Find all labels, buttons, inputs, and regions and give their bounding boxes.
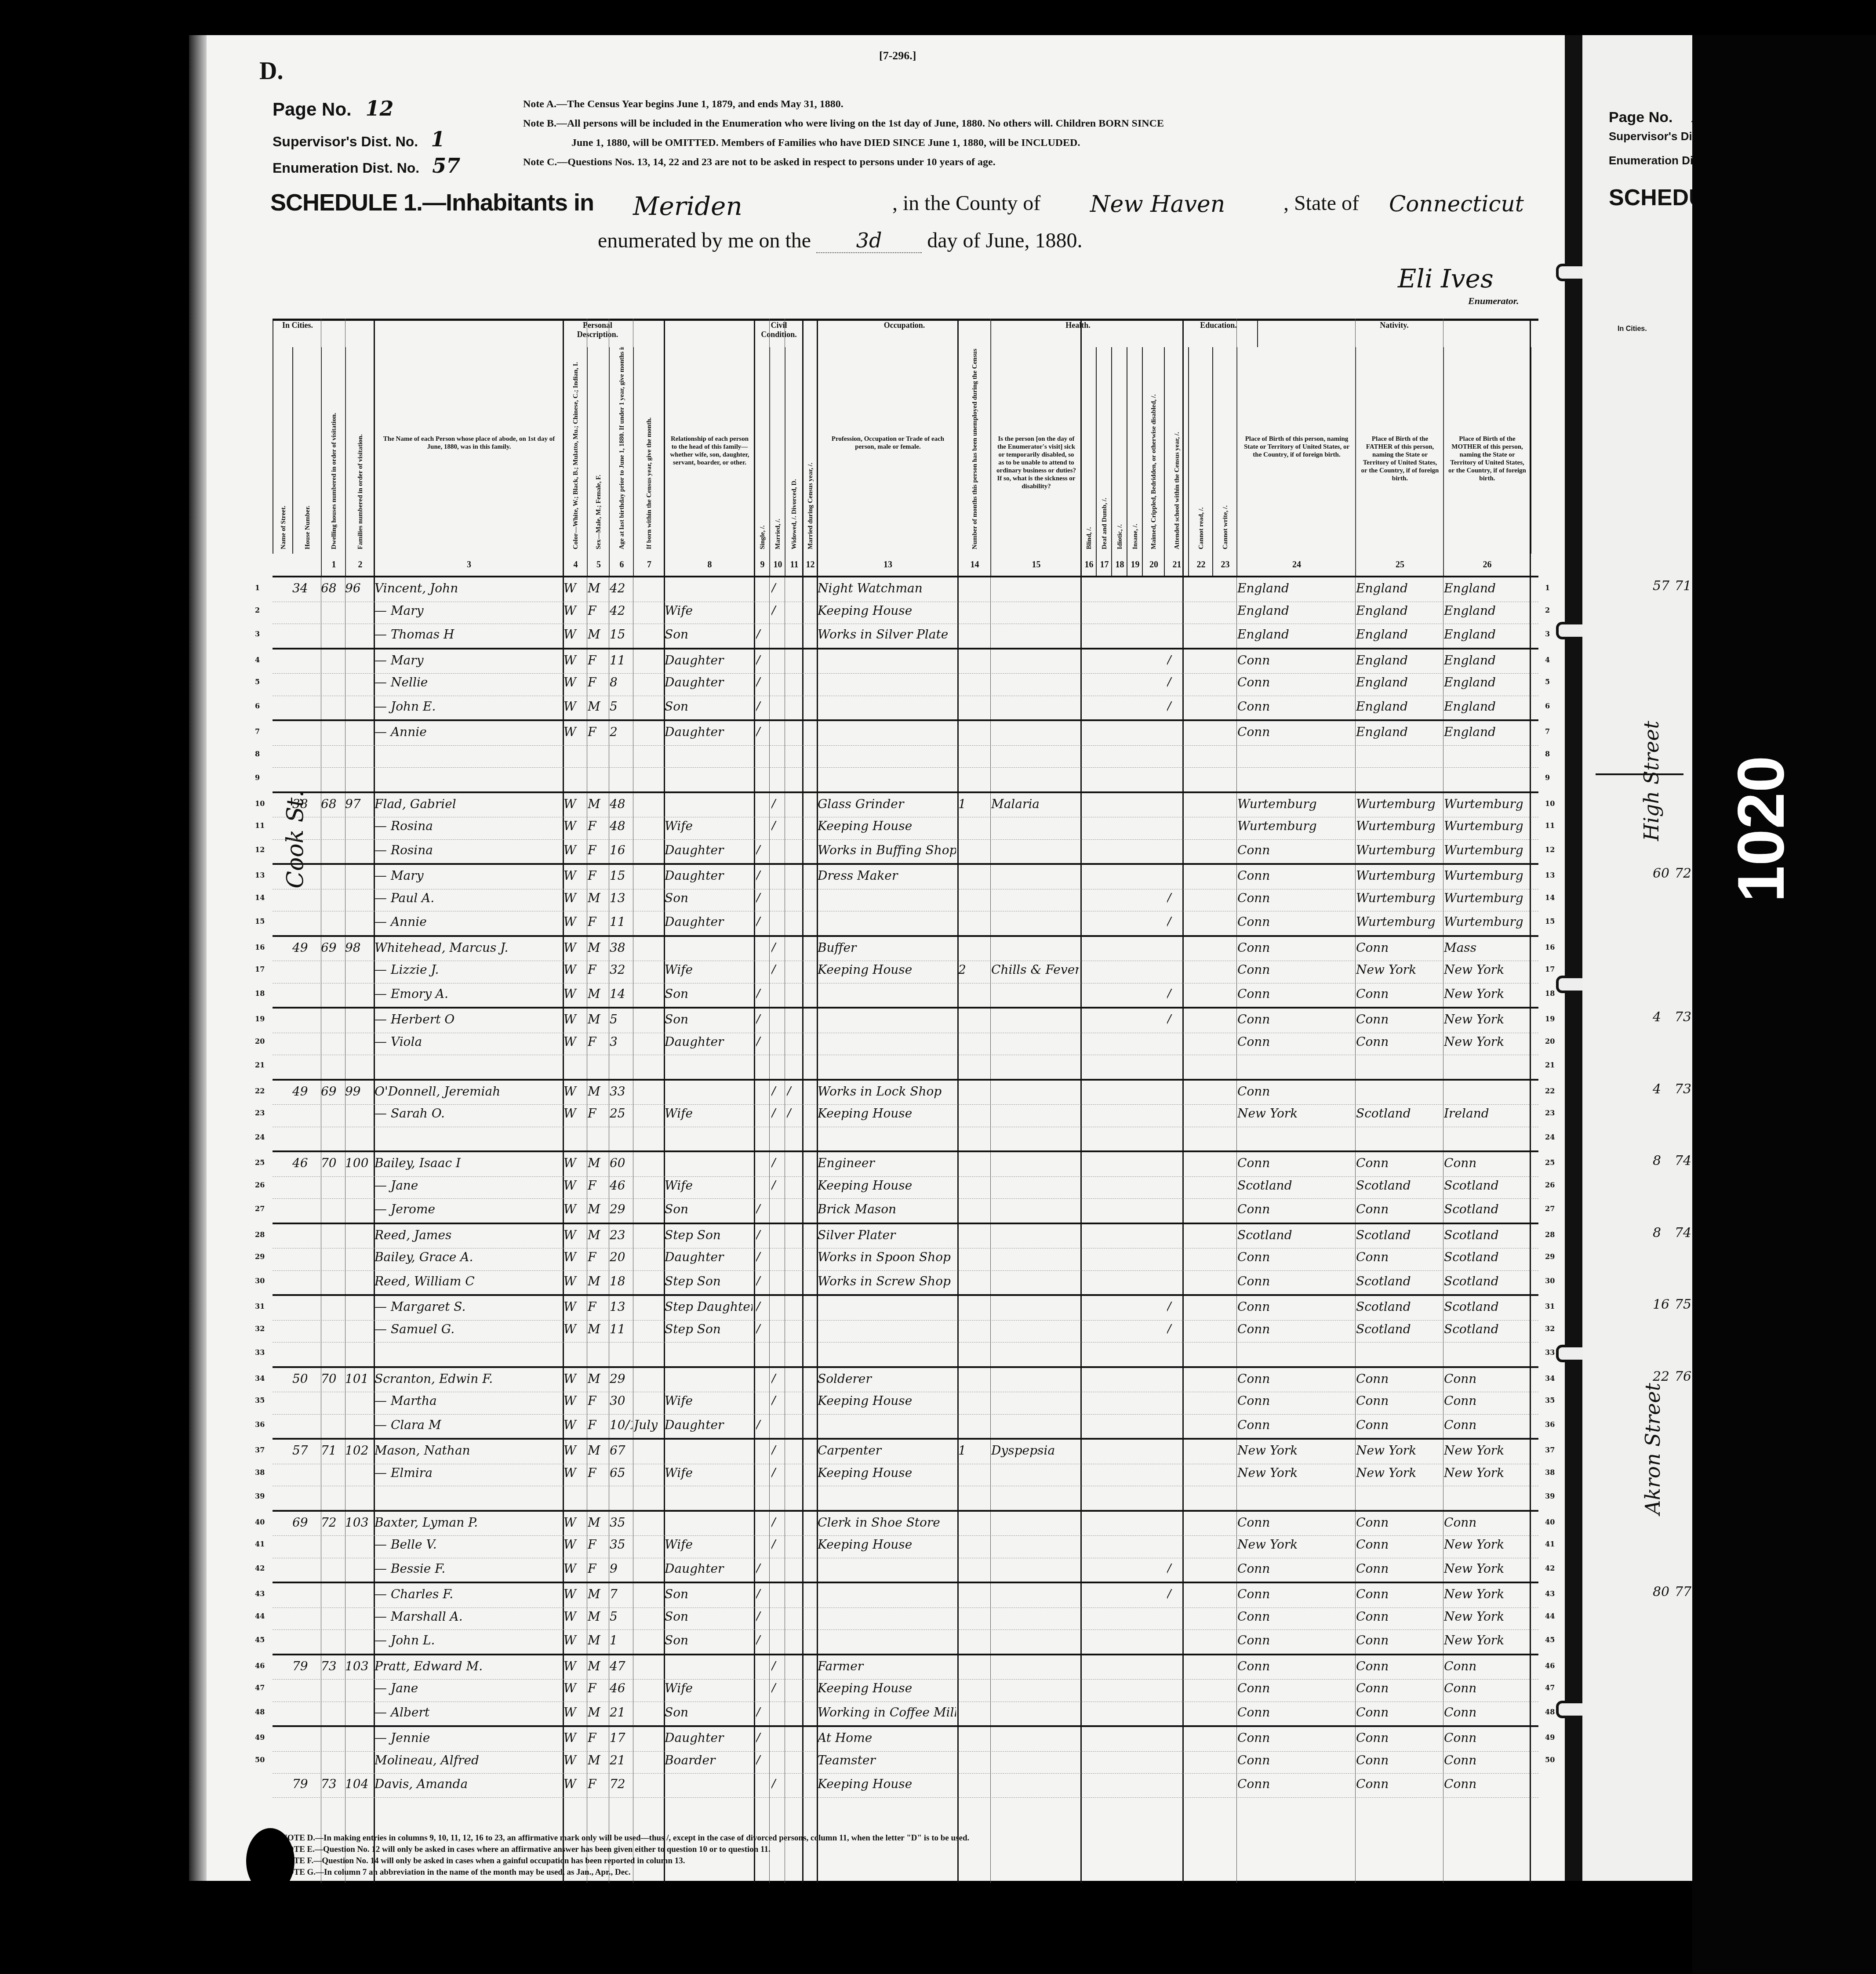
cell-name: — Sarah O. (374, 1106, 561, 1121)
line-number-right: 3 (1545, 630, 1550, 638)
line-number-right: 30 (1545, 1277, 1555, 1285)
cell-occupation: Farmer (818, 1659, 956, 1673)
cell-single: / (756, 1228, 769, 1242)
line-number-right: 25 (1545, 1158, 1555, 1167)
cell-father-birth: Scotland (1356, 1106, 1442, 1121)
cell-birth: Conn (1237, 1561, 1354, 1576)
line-number: 4 (255, 656, 260, 664)
cell-age: 10/12 (610, 1418, 633, 1432)
cell-color: W (564, 1372, 585, 1386)
cell-mother-birth: Wurtemburg (1444, 914, 1530, 929)
line-number-right: 50 (1545, 1756, 1555, 1764)
cell-mother-birth: Conn (1444, 1418, 1530, 1432)
col-num: 22 (1188, 554, 1213, 576)
cell-house: 69 (292, 1515, 319, 1530)
table-row: 1515— AnnieWF11Daughter//ConnWurtemburgW… (273, 911, 1538, 936)
cell-relation: Step Son (665, 1228, 753, 1242)
cell-color: W (564, 1156, 585, 1170)
cell-color: W (564, 1659, 585, 1673)
cell-occupation: Keeping House (818, 1393, 956, 1408)
cell-single: / (756, 1633, 769, 1647)
cell-sex: F (588, 1561, 607, 1576)
line-number-right: 22 (1545, 1087, 1555, 1095)
cell-name: Mason, Nathan (374, 1443, 561, 1458)
cell-family: 102 (345, 1443, 374, 1458)
line-number: 9 (255, 773, 260, 782)
cell-occupation: Dress Maker (818, 868, 956, 883)
cell-mother-birth: England (1444, 627, 1530, 642)
cell-color: W (564, 1537, 585, 1552)
cell-birth: Conn (1237, 1393, 1354, 1408)
right-cell-dwelling: 76 (1675, 1369, 1691, 1384)
table-row: 3131— Margaret S.WF13Step Daughter//Conn… (273, 1294, 1538, 1321)
col-married-census-header: Married during Census year, /. (802, 347, 818, 554)
cell-age: 3 (610, 1034, 633, 1049)
cell-mother-birth: Conn (1444, 1659, 1530, 1673)
line-number-right: 29 (1545, 1252, 1555, 1261)
cell-married: / (771, 1178, 785, 1193)
cell-sex: F (588, 1681, 607, 1695)
right-cell-house: 16 (1653, 1297, 1669, 1312)
cell-age: 46 (610, 1178, 633, 1193)
cell-birth: Conn (1237, 1587, 1354, 1601)
cell-father-birth: Wurtemburg (1356, 868, 1442, 883)
cell-sex: M (588, 1084, 607, 1099)
cell-single: / (756, 1034, 769, 1049)
table-row: 3535— MarthaWF30Wife/Keeping HouseConnCo… (273, 1390, 1538, 1415)
cell-color: W (564, 675, 585, 689)
cell-single: / (756, 1731, 769, 1745)
right-cell-dwelling: 71 (1675, 578, 1691, 594)
cell-father-birth: Conn (1356, 1609, 1442, 1624)
table-row: 2424 (273, 1127, 1538, 1151)
cell-birth: New York (1237, 1537, 1354, 1552)
cell-color: W (564, 1012, 585, 1027)
cell-birth: Scotland (1237, 1228, 1354, 1242)
cell-single: / (756, 1609, 769, 1624)
cell-sex: F (588, 653, 607, 668)
line-number: 47 (255, 1684, 265, 1692)
line-number: 7 (255, 727, 260, 736)
cell-father-birth: Conn (1356, 1393, 1442, 1408)
state-label: , State of (1283, 191, 1359, 215)
col-num: 11 (785, 554, 803, 576)
cell-relation: Son (665, 1012, 753, 1027)
cell-age: 42 (610, 603, 633, 618)
table-row: 11346896Vincent, JohnWM42/Night Watchman… (273, 576, 1538, 602)
cell-family: 103 (345, 1659, 374, 1673)
cell-relation: Wife (665, 962, 753, 977)
cell-color: W (564, 627, 585, 642)
cell-color: W (564, 891, 585, 905)
cell-age: 65 (610, 1466, 633, 1480)
cell-occupation: Night Watchman (818, 581, 956, 595)
table-row: 2929Bailey, Grace A.WF20Daughter/Works i… (273, 1246, 1538, 1271)
table-row: 5050Molineau, AlfredWM21Boarder/Teamster… (273, 1749, 1538, 1774)
col-house-header: House Number. (292, 347, 322, 554)
cell-father-birth: Conn (1356, 1705, 1442, 1720)
cell-single: / (756, 1561, 769, 1576)
cell-age: 72 (610, 1777, 633, 1791)
col-num: 8 (664, 554, 755, 576)
cell-name: — Belle V. (374, 1537, 561, 1552)
table-row: 1616496998Whitehead, Marcus J.WM38/Buffe… (273, 935, 1538, 962)
line-number-right: 36 (1545, 1420, 1555, 1429)
cell-birth: Conn (1237, 868, 1354, 883)
col-cannot-read-header: Cannot read, /. (1188, 347, 1213, 554)
line-number: 25 (255, 1158, 265, 1167)
cell-name: — Mary (374, 868, 561, 883)
cell-name: — Bessie F. (374, 1561, 561, 1576)
line-number: 11 (255, 821, 265, 830)
cell-father-birth: England (1356, 653, 1442, 668)
county-value: New Haven (1090, 191, 1225, 218)
cell-sex: M (588, 1753, 607, 1767)
cell-attended: / (1167, 914, 1187, 929)
line-number: 10 (255, 799, 265, 808)
cell-sex: M (588, 940, 607, 955)
cell-age: 9 (610, 1561, 633, 1576)
cell-occupation: Engineer (818, 1156, 956, 1170)
cell-occupation: Working in Coffee Mill (818, 1705, 956, 1720)
group-in-cities: In Cities. (273, 321, 322, 347)
line-number: 5 (255, 678, 260, 686)
line-number-right: 5 (1545, 678, 1550, 686)
cell-attended: / (1167, 987, 1187, 1001)
cell-age: 11 (610, 914, 633, 929)
table-row: 33— Thomas HWM15Son/Works in Silver Plat… (273, 624, 1538, 648)
cell-birth: Conn (1237, 843, 1354, 857)
cell-mother-birth: Conn (1444, 1731, 1530, 1745)
state-value: Connecticut (1389, 191, 1524, 217)
cell-mother-birth: New York (1444, 1443, 1530, 1458)
cell-month: July (634, 1418, 662, 1432)
col-sickness-header: Is the person [on the day of the Enumera… (990, 347, 1081, 554)
cell-father-birth: Conn (1356, 1250, 1442, 1264)
cell-sex: M (588, 627, 607, 642)
cell-sex: F (588, 1777, 607, 1791)
cell-father-birth: England (1356, 603, 1442, 618)
cell-attended: / (1167, 1322, 1187, 1336)
table-row: 4949— JennieWF17Daughter/At HomeConnConn… (273, 1725, 1538, 1752)
cell-sex: M (588, 699, 607, 714)
cell-single: / (756, 1705, 769, 1720)
table-row: 1414— Paul A.WM13Son//ConnWurtemburgWurt… (273, 887, 1538, 912)
cell-occupation: Keeping House (818, 1777, 956, 1791)
cell-mother-birth: Conn (1444, 1372, 1530, 1386)
right-cell-house: 57 (1653, 578, 1669, 594)
line-number-right: 18 (1545, 989, 1555, 998)
cell-relation: Wife (665, 1106, 753, 1121)
cell-sex: M (588, 1156, 607, 1170)
cell-father-birth: New York (1356, 1466, 1442, 1480)
group-education: Education. (1182, 321, 1254, 347)
cell-sex: M (588, 1443, 607, 1458)
cell-occupation: At Home (818, 1731, 956, 1745)
cell-relation: Step Son (665, 1274, 753, 1288)
cell-occupation: Keeping House (818, 1681, 956, 1695)
cell-color: W (564, 1705, 585, 1720)
cell-mother-birth: New York (1444, 1466, 1530, 1480)
right-cell-dwelling: 72 (1675, 866, 1691, 881)
cell-relation: Son (665, 1587, 753, 1601)
cell-father-birth: Scotland (1356, 1299, 1442, 1314)
cell-mother-birth: New York (1444, 987, 1530, 1001)
schedule-title: SCHEDULE 1.—Inhabitants in (270, 189, 594, 216)
cell-mother-birth: New York (1444, 1587, 1530, 1601)
cell-age: 48 (610, 797, 633, 811)
line-number-right: 15 (1545, 917, 1555, 925)
cell-single: / (756, 1322, 769, 1336)
cell-birth: Conn (1237, 1274, 1354, 1288)
cell-house: 79 (292, 1659, 319, 1673)
cell-color: W (564, 1274, 585, 1288)
cell-father-birth: England (1356, 725, 1442, 739)
cell-sex: M (588, 1202, 607, 1216)
cell-sex: F (588, 1034, 607, 1049)
cell-relation: Daughter (665, 1418, 753, 1432)
cell-mother-birth: Conn (1444, 1156, 1530, 1170)
cell-sex: M (588, 987, 607, 1001)
line-number-right: 21 (1545, 1061, 1555, 1069)
cell-occupation: Keeping House (818, 1178, 956, 1193)
cell-mother-birth: New York (1444, 962, 1530, 977)
cell-age: 21 (610, 1753, 633, 1767)
cell-occupation: Buffer (818, 940, 956, 955)
line-number: 49 (255, 1733, 265, 1742)
cell-relation: Son (665, 1202, 753, 1216)
cell-father-birth: Conn (1356, 1587, 1442, 1601)
cell-mother-birth: Conn (1444, 1705, 1530, 1720)
cell-occupation: Keeping House (818, 1466, 956, 1480)
cell-age: 11 (610, 1322, 633, 1336)
table-row: 4343— Charles F.WM7Son//ConnConnNew York (273, 1582, 1538, 1608)
cell-color: W (564, 819, 585, 833)
cell-family: 103 (345, 1515, 374, 1530)
col-num: 25 (1355, 554, 1444, 576)
cell-attended: / (1167, 1587, 1187, 1601)
line-number: 2 (255, 606, 260, 614)
table-row: 4444— Marshall A.WM5Son/ConnConnNew York (273, 1606, 1538, 1630)
cell-birth: Conn (1237, 1034, 1354, 1049)
cell-sex: M (588, 1659, 607, 1673)
table-row: 55— NellieWF8Daughter//ConnEnglandEnglan… (273, 671, 1538, 696)
cell-married: / (771, 1515, 785, 1530)
cell-sex: F (588, 1537, 607, 1552)
cell-sex: F (588, 603, 607, 618)
cell-color: W (564, 1633, 585, 1647)
cell-sickness: Dyspepsia (991, 1443, 1079, 1458)
right-cell-dwelling: 77 (1675, 1584, 1691, 1600)
cell-birth: Conn (1237, 1515, 1354, 1530)
cell-married: / (771, 819, 785, 833)
col-month-header: If born within the Census year, give the… (633, 347, 665, 554)
cell-mother-birth: Conn (1444, 1393, 1530, 1408)
right-cell-dwelling: 73 (1675, 1009, 1691, 1025)
cell-occupation: Brick Mason (818, 1202, 956, 1216)
header-notes: Note A.—The Census Year begins June 1, 1… (523, 94, 1164, 172)
cell-family: 97 (345, 797, 374, 811)
table-row: 40406972103Baxter, Lyman P.WM35/Clerk in… (273, 1510, 1538, 1536)
line-number: 41 (255, 1540, 265, 1548)
cell-occupation: Keeping House (818, 819, 956, 833)
cell-age: 20 (610, 1250, 633, 1264)
cell-mother-birth: Mass (1444, 940, 1530, 955)
cell-father-birth: Conn (1356, 1034, 1442, 1049)
cell-sex: F (588, 725, 607, 739)
cell-house: 49 (292, 940, 319, 955)
col-cannot-write-header: Cannot write, /. (1212, 347, 1237, 554)
table-row: 3333 (273, 1342, 1538, 1367)
cell-color: W (564, 581, 585, 595)
line-number: 43 (255, 1589, 265, 1598)
table-row: 2828Reed, JamesWM23Step Son/Silver Plate… (273, 1223, 1538, 1249)
cell-color: W (564, 868, 585, 883)
cell-father-birth: Conn (1356, 1515, 1442, 1530)
line-number: 33 (255, 1348, 265, 1357)
line-number: 24 (255, 1133, 265, 1141)
note-d: NOTE D.—In making entries in columns 9, … (281, 1832, 969, 1844)
page-number-value: 12 (365, 97, 393, 120)
cell-relation: Daughter (665, 868, 753, 883)
cell-name: Reed, James (374, 1228, 561, 1242)
cell-single: / (756, 1202, 769, 1216)
line-number: 6 (255, 702, 260, 710)
cell-father-birth: Conn (1356, 1633, 1442, 1647)
cell-married: / (771, 1443, 785, 1458)
table-row: 2222496999O'Donnell, JeremiahWM33//Works… (273, 1079, 1538, 1105)
col-relationship-header: Relationship of each person to the head … (664, 347, 755, 554)
table-row: 4242— Bessie F.WF9Daughter//ConnConnNew … (273, 1558, 1538, 1582)
table-row: 1313— MaryWF15Daughter/Dress MakerConnWu… (273, 863, 1538, 889)
ink-blot (246, 1828, 294, 1894)
cell-birth: Conn (1237, 1250, 1354, 1264)
right-cell-dwelling: 74 (1675, 1153, 1691, 1168)
col-num: 14 (957, 554, 991, 576)
cell-name: — Herbert O (374, 1012, 561, 1027)
cell-age: 15 (610, 868, 633, 883)
col-num: 15 (990, 554, 1081, 576)
col-mother-birthplace-header: Place of Birth of the MOTHER of this per… (1443, 347, 1531, 554)
cell-birth: Conn (1237, 1202, 1354, 1216)
cell-house: 38 (292, 797, 319, 811)
cell-name: Molineau, Alfred (374, 1753, 561, 1767)
cell-occupation: Works in Spoon Shop (818, 1250, 956, 1264)
cell-mother-birth: Scotland (1444, 1202, 1530, 1216)
right-in-cities: In Cities. (1618, 325, 1647, 333)
cell-color: W (564, 1322, 585, 1336)
cell-relation: Son (665, 699, 753, 714)
cell-attended: / (1167, 653, 1187, 668)
town-value: Meriden (633, 191, 742, 221)
cell-unemployed: 2 (958, 962, 989, 977)
cell-dwelling: 71 (321, 1443, 345, 1458)
cell-relation: Step Daughter (665, 1299, 753, 1314)
line-number: 50 (255, 1756, 265, 1764)
cell-dwelling: 68 (321, 797, 345, 811)
cell-dwelling: 68 (321, 581, 345, 595)
col-blind-header: Blind, /. (1080, 347, 1097, 554)
group-occupation: Occupation. (817, 321, 991, 347)
enumerator-signature: Eli Ives (1398, 264, 1494, 294)
table-row: 2626— JaneWF46Wife/Keeping HouseScotland… (273, 1175, 1538, 1199)
line-number-right: 7 (1545, 727, 1550, 736)
cell-birth: England (1237, 603, 1354, 618)
cell-color: W (564, 1250, 585, 1264)
note-b-continued: June 1, 1880, will be OMITTED. Members o… (523, 133, 1164, 152)
cell-birth: Wurtemburg (1237, 819, 1354, 833)
cell-birth: Conn (1237, 914, 1354, 929)
cell-name: — Samuel G. (374, 1322, 561, 1336)
cell-birth: New York (1237, 1443, 1354, 1458)
cell-sickness: Malaria (991, 797, 1079, 811)
col-color-header: Color—White, W.; Black, B.; Mulatto, Mu.… (563, 347, 588, 554)
cell-father-birth: Conn (1356, 1561, 1442, 1576)
table-row: 22— MaryWF42Wife/Keeping HouseEnglandEng… (273, 600, 1538, 624)
cell-married: / (771, 1537, 785, 1552)
cell-single: / (756, 987, 769, 1001)
col-num: 16 (1080, 554, 1097, 576)
line-number: 28 (255, 1230, 265, 1239)
cell-mother-birth: Conn (1444, 1515, 1530, 1530)
cell-married: / (771, 962, 785, 977)
cell-birth: Conn (1237, 653, 1354, 668)
cell-relation: Boarder (665, 1753, 753, 1767)
cell-father-birth: Wurtemburg (1356, 797, 1442, 811)
cell-mother-birth: Wurtemburg (1444, 819, 1530, 833)
cell-sex: F (588, 1731, 607, 1745)
cell-age: 46 (610, 1681, 633, 1695)
cell-birth: Conn (1237, 987, 1354, 1001)
table-row: 77— AnnieWF2Daughter/ConnEnglandEngland (273, 719, 1538, 746)
cell-mother-birth: Scotland (1444, 1274, 1530, 1288)
cell-sex: M (588, 1274, 607, 1288)
line-number: 44 (255, 1612, 265, 1620)
cell-sex: F (588, 914, 607, 929)
supervisor-district-field: Supervisor's Dist. No. 1 (273, 127, 445, 151)
cell-married-census: / (787, 1106, 800, 1121)
cell-father-birth: Conn (1356, 1418, 1442, 1432)
line-number-right: 19 (1545, 1015, 1555, 1023)
cell-birth: Conn (1237, 1156, 1354, 1170)
cell-sex: M (588, 1515, 607, 1530)
cell-mother-birth: New York (1444, 1609, 1530, 1624)
cell-name: — Charles F. (374, 1587, 561, 1601)
cell-sex: M (588, 1587, 607, 1601)
cell-name: Davis, Amanda (374, 1777, 561, 1791)
cell-mother-birth: England (1444, 653, 1530, 668)
line-number-right: 40 (1545, 1518, 1555, 1526)
cell-father-birth: Conn (1356, 1777, 1442, 1791)
line-number-right: 44 (1545, 1612, 1555, 1620)
cell-house: 50 (292, 1372, 319, 1386)
cell-sex: M (588, 891, 607, 905)
cell-age: 17 (610, 1731, 633, 1745)
cell-mother-birth: New York (1444, 1012, 1530, 1027)
line-number-right: 33 (1545, 1348, 1555, 1357)
cell-single: / (756, 653, 769, 668)
cell-single: / (756, 699, 769, 714)
col-family-header: Families numbered in order of visitation… (345, 347, 374, 554)
cell-single: / (756, 1012, 769, 1027)
col-num: 10 (769, 554, 785, 576)
cell-dwelling: 73 (321, 1659, 345, 1673)
cell-relation: Daughter (665, 653, 753, 668)
cell-age: 21 (610, 1705, 633, 1720)
cell-family: 101 (345, 1372, 374, 1386)
col-num: 6 (609, 554, 634, 576)
line-number: 13 (255, 871, 265, 879)
